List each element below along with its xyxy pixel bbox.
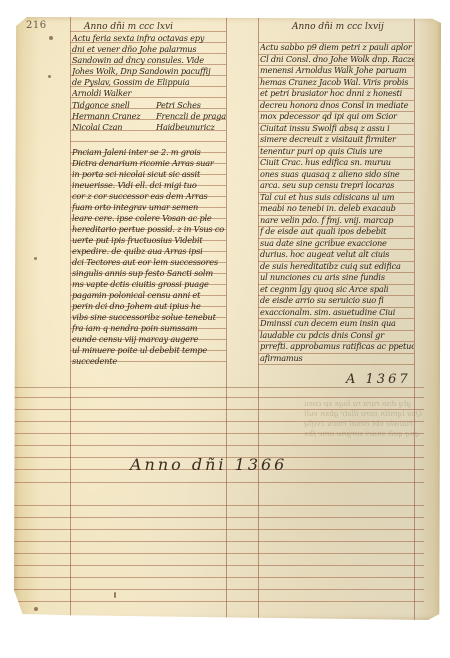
ink-spot (34, 607, 38, 611)
text-line: dci Tectores aut eor lem successores (72, 257, 226, 267)
ruled-line (14, 517, 424, 518)
ink-spot (49, 36, 53, 40)
text-line: ul minuere poite ul debebit tempe (72, 345, 226, 355)
text-line: Sandowin ad dncy consules. Vide (72, 55, 226, 65)
text-line: ineuerisse. Vidi ell. dci migi tuo (72, 180, 226, 190)
text-line: ones suas quasaq z alieno sido sine (260, 169, 414, 179)
text-line: Tal cui et hus suis cdisicans ul um (260, 192, 414, 202)
text-line: expedire. de quibz aua Arras ipsi (72, 246, 226, 256)
ruled-line (14, 577, 424, 578)
text-line: durius. hoc augeat velut alt ciuis (260, 249, 414, 259)
text-line: singulis annis sup festo Sancti solm (72, 268, 226, 278)
text-line: exaccionalm. sim. asuetudine Ciui (260, 307, 414, 317)
text-line: simere decreuit z visitauit firmiter (260, 134, 414, 144)
text-line: Actu feria sexta infra octavas epy (72, 33, 226, 43)
name-left: Nicolai Czan (72, 122, 147, 132)
text-line: vibs sine successoribz solue tenebut (72, 312, 226, 322)
text-line: ul nunciones cu aris sine fundis (260, 272, 414, 282)
text-line: pagamin polonical censu anni et (72, 290, 226, 300)
text-line: decreu honora dnos Consl in mediate (260, 100, 414, 110)
text-line: arca. seu sup censu trepri locaras (260, 180, 414, 190)
show-through-text: Qns lqmtin coro illstr gbsn vuli (304, 409, 422, 418)
ruled-line (14, 397, 424, 398)
text-line: hereditario pertue possid. z in Vsus co (72, 224, 226, 234)
text-line: afirmamus (260, 353, 414, 363)
text-line: ms vapte dctis ciuitis grossi puage (72, 279, 226, 289)
text-line: Dictra denarium ricomie Arras suar (72, 158, 226, 168)
ruled-line (14, 565, 424, 566)
text-line: de suis hereditatibz cuiq sut edifica (260, 261, 414, 271)
text-line: cor z cor successor eas dem Arras (72, 191, 226, 201)
text-line: Cl dni Consl. dno Johe Wolk dnp. Racze (260, 54, 414, 64)
ruled-line (14, 505, 424, 506)
ruled-line (14, 529, 424, 530)
ink-spot (48, 75, 51, 78)
text-line: laudable cu pdcis dnis Consl gr (260, 330, 414, 340)
right-column-header: Anno dñi m ccc lxvij (292, 22, 384, 32)
text-line: meabi no tenebi in. deleb exacaub (260, 203, 414, 213)
ruled-line (14, 553, 424, 554)
text-line: menensi Arnoldus Walk Johe paruam (260, 65, 414, 75)
text-line: et cegnm lgy quoq sic Arce spali (260, 284, 414, 294)
show-through-text: ruuwlo vbt ismal rmcu cviflq (304, 419, 413, 428)
text-line: in porta sci nicolai sicut sic assit (72, 169, 226, 179)
name-right: Petri Sches (156, 100, 226, 110)
text-line: sua date sine gcribue exaccione (260, 238, 414, 248)
text-line: eunde censu viij marcay augere (72, 334, 226, 344)
text-line: perin dci dno Johem aut ipius he (72, 301, 226, 311)
year-annotation-1366: Anno dñi 1366 (130, 455, 287, 474)
text-line: et petri brasiator hoc dnni z honesti (260, 88, 414, 98)
text-line: Pnciam Jaleni inter se 2. m grois (72, 147, 226, 157)
show-through-text: qnq qolt snuci sorgnu umc fbx (304, 429, 420, 438)
text-line: de Pyslav, Gossim de Elippuia (72, 77, 226, 87)
text-line: uerte put ipis fructuosius Videbit (72, 235, 226, 245)
name-right: Frenczli de praga (156, 111, 226, 121)
text-line: Ciuit Crac. hus edifica sn. muruu (260, 157, 414, 167)
ruled-line (14, 445, 424, 446)
folio-number: 216 (26, 20, 47, 31)
ruled-line (14, 482, 424, 483)
text-line: fra iam q nendra poin sumssam (72, 323, 226, 333)
manuscript-page: 216 Anno dñi m ccc lxvi Actu feria sexta… (14, 17, 441, 620)
text-line: hemas Cranez Jacob Wal. Viris probis (260, 77, 414, 87)
year-annotation-1367: A 1367 (346, 372, 411, 387)
text-line: nare velin pdo. f fmj. vnij. marcap (260, 215, 414, 225)
name-right: Haidbeunuricz (156, 122, 226, 132)
left-column-header: Anno dñi m ccc lxvi (84, 22, 173, 32)
text-line: succedente (72, 356, 226, 366)
ruled-line (14, 601, 424, 602)
ink-spot (114, 592, 116, 598)
ruled-line (258, 364, 414, 365)
ruled-line (14, 541, 424, 542)
show-through-text: gtq dno rura ra loqs sp cosu (304, 399, 411, 408)
ink-spot (34, 257, 37, 260)
ruled-line (70, 141, 226, 142)
text-line: Arnoldi Walker (72, 88, 226, 98)
text-line: Dminssi cun decem eum insin qua (260, 318, 414, 328)
text-line: Ciuitat inssu Swolfi absq z assu i (260, 123, 414, 133)
name-left: Tidgonce snell (72, 100, 147, 110)
text-line: mox pdecessor qd ipi qui om Scior (260, 111, 414, 121)
text-line: tenentur puri op quis Ciuis ure (260, 146, 414, 156)
text-line: fuam orto integrav umar semen (72, 202, 226, 212)
text-line: leare cere. ipse colere Vosan ac ple (72, 213, 226, 223)
text-line: Actu sabbo p9 diem petri z pauli aplor (260, 42, 414, 52)
name-left: Hermann Cranez (72, 111, 147, 121)
text-line: f de eisde aut quali ipos debebit (260, 226, 414, 236)
text-line: dni et vener dño Johe palarmus (72, 44, 226, 54)
text-line: prrefti. approbamus ratificas ac ppetuo (260, 341, 414, 351)
ruled-line (14, 589, 424, 590)
ruled-line (14, 387, 424, 388)
text-line: de eisde arrio su seruicio suo fi (260, 295, 414, 305)
text-line: Johes Wolk, Dnp Sandowin pacuffij (72, 66, 226, 76)
